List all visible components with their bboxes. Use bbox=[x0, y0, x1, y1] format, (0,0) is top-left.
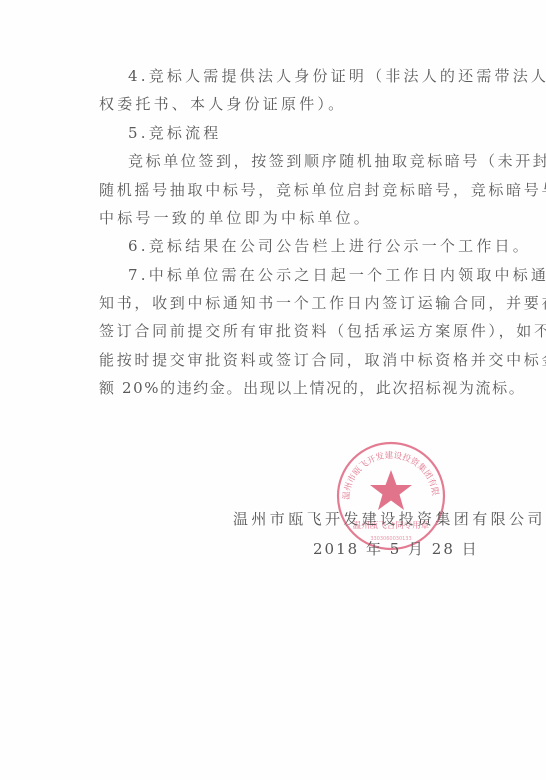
signature-company: 温州市瓯飞开发建设投资集团有限公司 bbox=[233, 508, 546, 529]
paragraph-7-line-3: 签订合同前提交所有审批资料（包括承运方案原件），如不 bbox=[99, 321, 546, 341]
paragraph-4-line-1: 4.竞标人需提供法人身份证明（非法人的还需带法人授 bbox=[128, 66, 546, 86]
paragraph-7-line-2: 知书，收到中标通知书一个工作日内签订运输合同，并要在 bbox=[99, 293, 546, 313]
section-5-heading: 5.竞标流程 bbox=[128, 123, 222, 143]
paragraph-7-line-5: 额 20%的违约金。出现以上情况的，此次招标视为流标。 bbox=[99, 378, 525, 398]
company-seal-stamp: 温州市瓯飞开发建设投资集团有限公司 温州瓯飞合同专用章 330306003013… bbox=[335, 440, 447, 552]
paragraph-4-line-2: 权委托书、本人身份证原件）。 bbox=[99, 94, 346, 114]
paragraph-5-line-1: 竞标单位签到，按签到顺序随机抽取竞标暗号（未开封）， bbox=[128, 151, 546, 171]
paragraph-5-line-2: 随机摇号抽取中标号，竞标单位启封竞标暗号，竞标暗号与 bbox=[99, 180, 546, 200]
star-icon bbox=[370, 470, 412, 510]
paragraph-5-line-3: 中标号一致的单位即为中标单位。 bbox=[99, 208, 372, 228]
paragraph-7-line-4: 能按时提交审批资料或签订合同，取消中标资格并交中标金 bbox=[99, 350, 546, 370]
signature-date: 2018 年 5 月 28 日 bbox=[313, 538, 479, 559]
document-page: 4.竞标人需提供法人身份证明（非法人的还需带法人授 权委托书、本人身份证原件）。… bbox=[0, 0, 546, 780]
paragraph-6: 6.竞标结果在公司公告栏上进行公示一个工作日。 bbox=[128, 236, 531, 256]
paragraph-7-line-1: 7.中标单位需在公示之日起一个工作日内领取中标通 bbox=[128, 265, 546, 285]
